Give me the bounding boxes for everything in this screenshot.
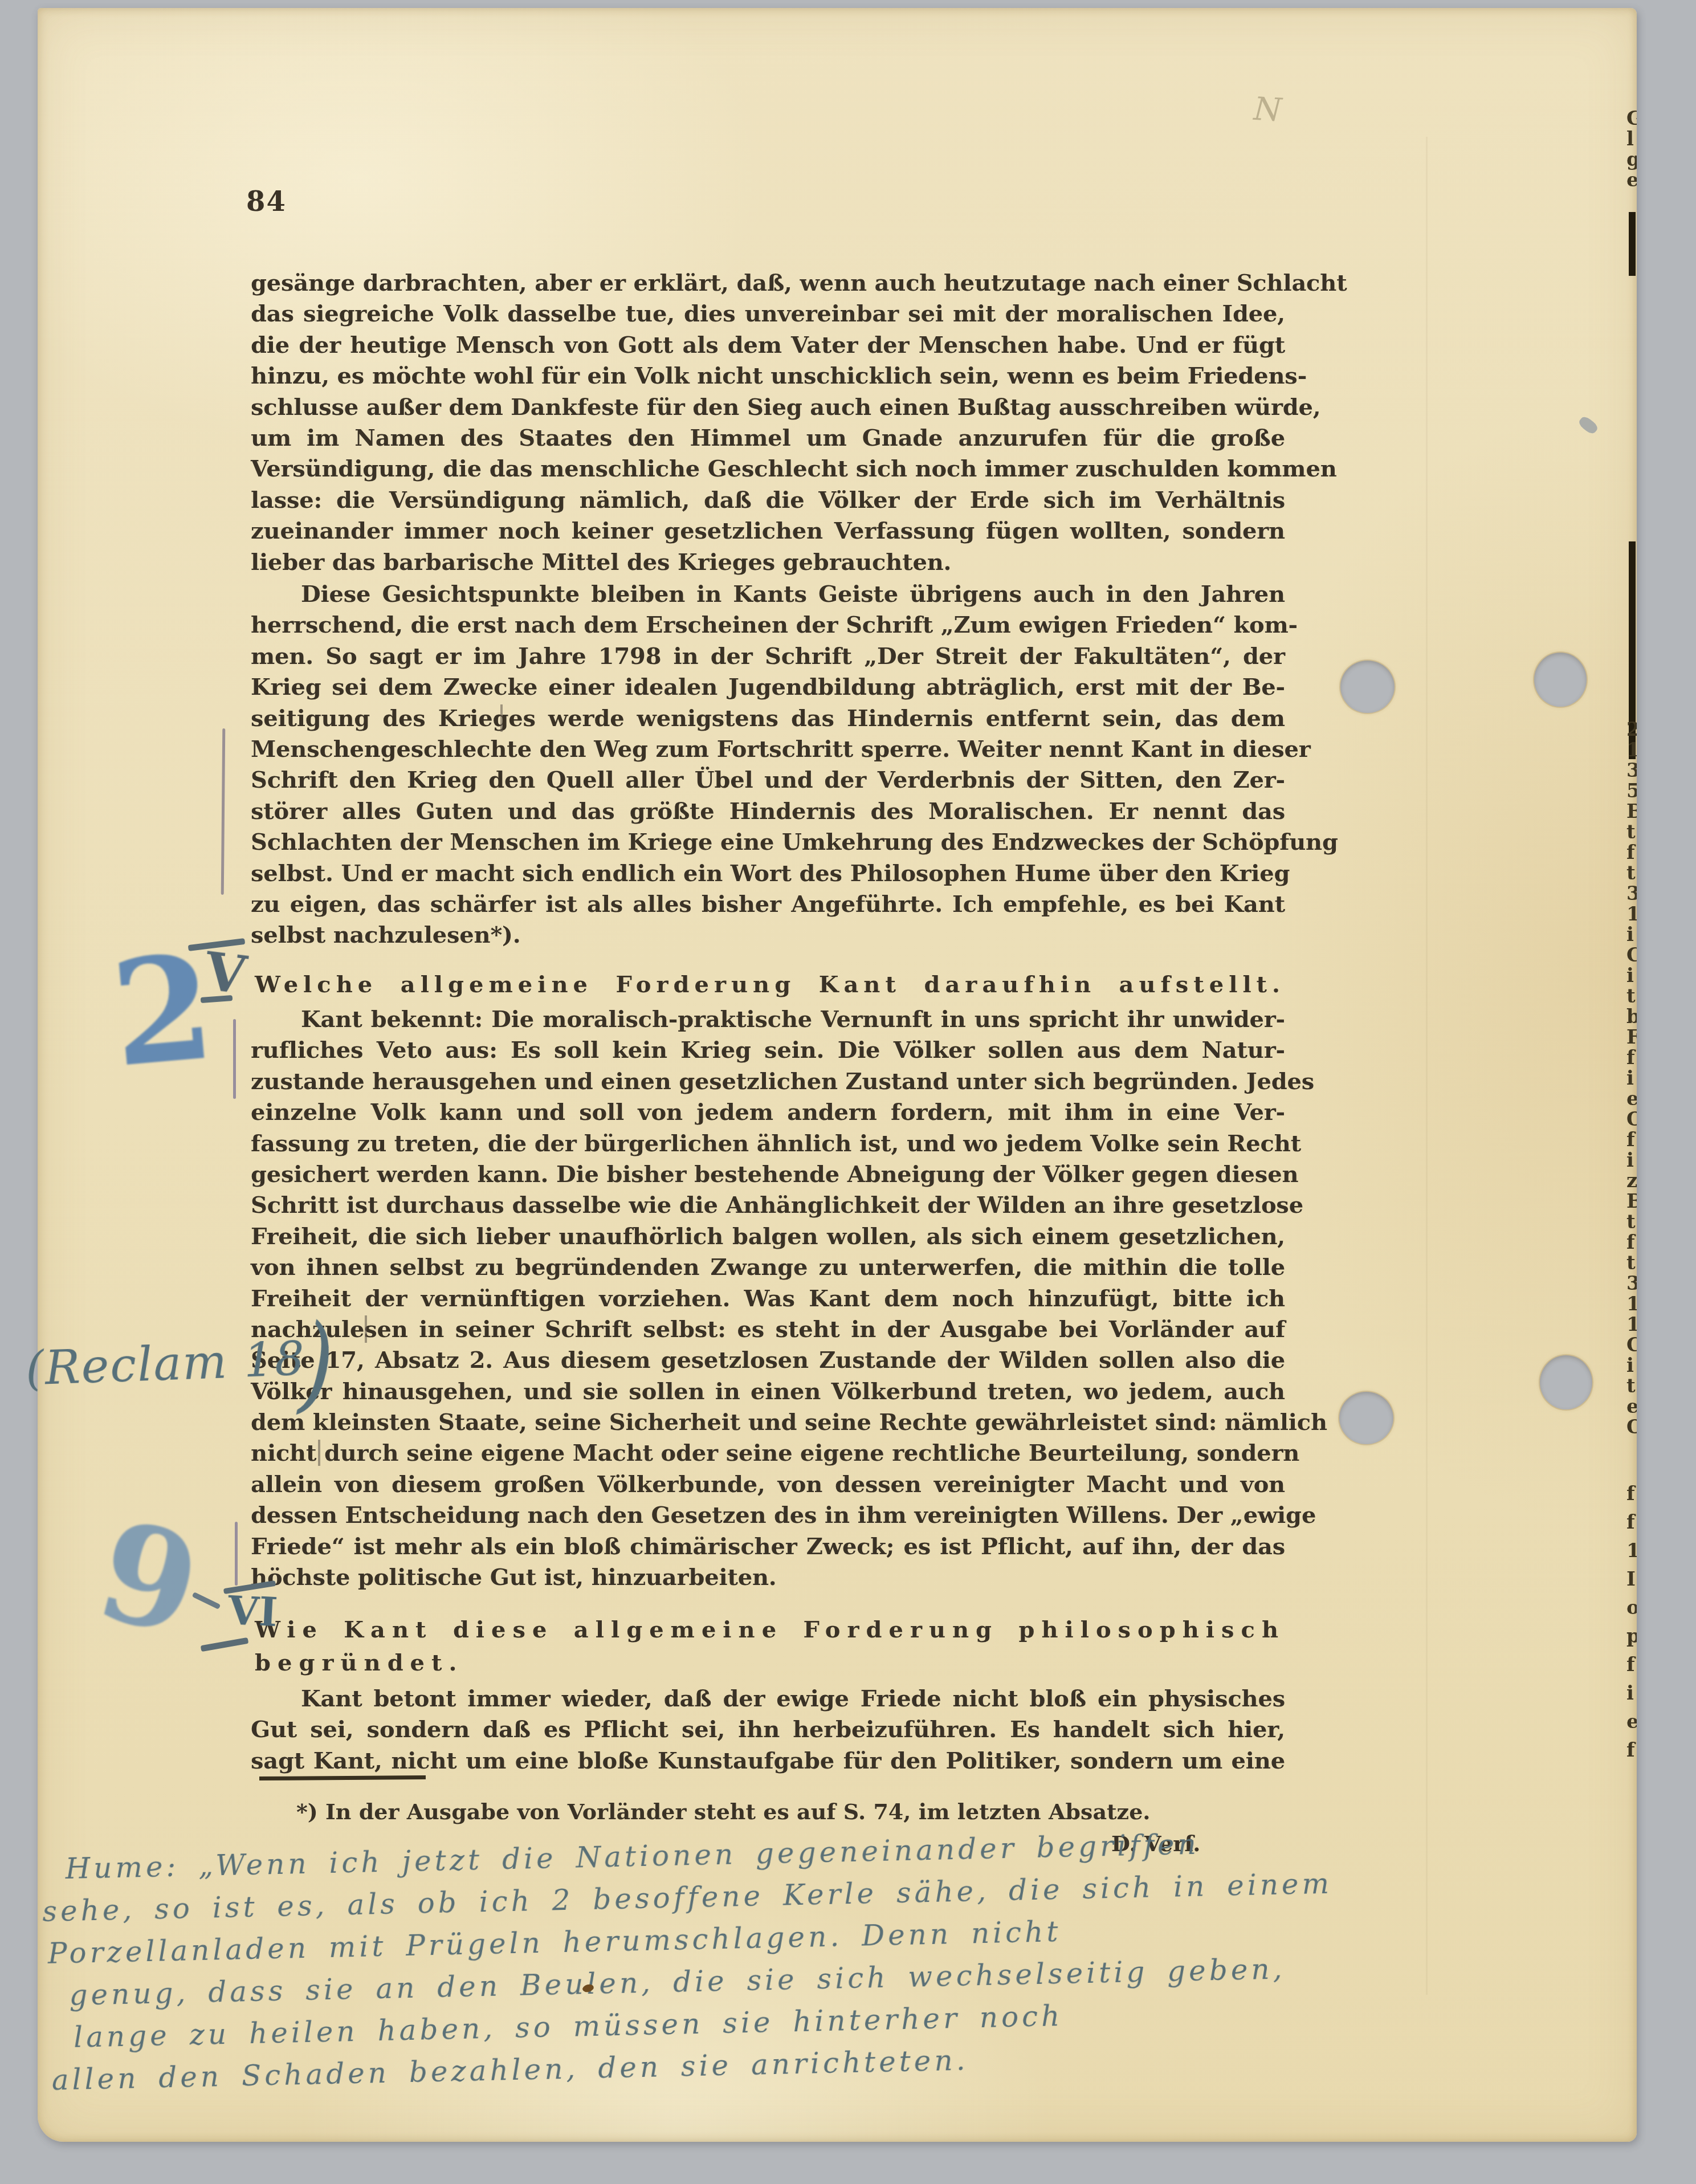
text-line: rufliches Veto aus: Es soll kein Krieg s… xyxy=(251,1035,1285,1066)
edge-text-fragment: b xyxy=(1626,1007,1637,1027)
edge-text-fragments: ff1Iopfief xyxy=(1623,1480,1637,1765)
edge-text-fragment: O xyxy=(1626,1109,1637,1130)
edge-text-fragment: 1 xyxy=(1626,1314,1637,1335)
edge-text-fragment: t xyxy=(1626,1212,1637,1232)
text-line: Freiheit, die sich lieber unaufhörlich b… xyxy=(251,1221,1285,1252)
document-scan: 84 gesänge darbrachten, aber er erklärt,… xyxy=(0,0,1696,2184)
hole-punch xyxy=(1534,653,1587,707)
edge-text-fragment: f xyxy=(1626,1130,1637,1150)
edge-text-fragment: f xyxy=(1626,1232,1637,1253)
edge-text-fragments: 2135Btft31iCitbFfieOfizBtft311CiteO xyxy=(1623,719,1637,1437)
section-heading-vi-line1: Wie Kant diese allgemeine Forderung phil… xyxy=(255,1614,1285,1646)
edge-text-fragment: 1 xyxy=(1626,904,1637,924)
text-line: das siegreiche Volk dasselbe tue, dies u… xyxy=(251,299,1285,329)
text-line: men. So sagt er im Jahre 1798 in der Sch… xyxy=(251,641,1285,672)
margin-reclam-note: (Reclam 18) xyxy=(23,1295,340,1405)
text-line: Krieg sei dem Zwecke einer idealen Jugen… xyxy=(251,672,1285,703)
text-line: seitigung des Krieges werde wenigstens d… xyxy=(251,703,1285,734)
edge-text-fragments: Glge xyxy=(1623,108,1637,190)
edge-text-fragment: e xyxy=(1626,170,1637,190)
paragraph-kant-betont: Kant betont immer wieder, daß der ewige … xyxy=(251,1684,1285,1776)
edge-text-fragment: 1 xyxy=(1626,1294,1637,1314)
arrow-stroke xyxy=(192,1592,221,1610)
edge-text-fragment: e xyxy=(1626,1708,1637,1736)
text-line: lasse: die Versündigung nämlich, daß die… xyxy=(251,485,1285,516)
edge-text-fragment: 3 xyxy=(1626,883,1637,904)
text-line: Kant bekennt: Die moralisch-praktische V… xyxy=(251,1004,1285,1035)
margin-roman-numeral-v: V xyxy=(188,939,256,1087)
edge-ink-bar xyxy=(1629,212,1636,276)
text-line: um im Namen des Staates den Himmel um Gn… xyxy=(251,423,1285,454)
hole-punch xyxy=(1540,1355,1592,1409)
hole-punch xyxy=(1340,661,1395,713)
text-line: Menschengeschlechte den Weg zum Fortschr… xyxy=(251,734,1285,765)
text-line: nicht durch seine eigene Macht oder sein… xyxy=(251,1438,1285,1469)
edge-text-fragment: i xyxy=(1626,965,1637,986)
margin-pencil-line xyxy=(235,1522,238,1586)
edge-text-fragment: t xyxy=(1626,863,1637,883)
footnote-text: *) In der Ausgabe von Vorländer steht es… xyxy=(296,1799,1265,1824)
edge-text-fragment: e xyxy=(1626,1089,1637,1109)
text-line: gesichert werden kann. Die bisher besteh… xyxy=(251,1159,1285,1190)
paragraph-kant-bekennt: Kant bekennt: Die moralisch-praktische V… xyxy=(251,1004,1285,1593)
edge-text-fragment: l xyxy=(1626,129,1637,149)
edge-text-fragment: I xyxy=(1626,1565,1637,1594)
edge-text-fragment: t xyxy=(1626,986,1637,1007)
text-line: dem kleinsten Staate, seine Sicherheit u… xyxy=(251,1407,1285,1438)
underline-stroke xyxy=(201,1637,249,1652)
edge-text-fragment: f xyxy=(1626,1480,1637,1508)
text-line: Freiheit der vernünftigen vorziehen. Was… xyxy=(251,1283,1285,1314)
text-line: allein von diesem großen Völkerbunde, vo… xyxy=(251,1469,1285,1500)
text-line: Schlachten der Menschen im Kriege eine U… xyxy=(251,827,1285,858)
text-line: Seite 17, Absatz 2. Aus diesem gesetzlos… xyxy=(251,1345,1285,1376)
text-line: dessen Entscheidung nach den Gesetzen de… xyxy=(251,1500,1285,1531)
edge-text-fragment: i xyxy=(1626,1068,1637,1089)
edge-text-fragment: C xyxy=(1626,1335,1637,1355)
paper-crease xyxy=(1426,137,1428,1995)
edge-text-fragment: C xyxy=(1626,945,1637,965)
reclam-note-text: (Reclam 18 xyxy=(25,1332,306,1396)
edge-text-fragment: O xyxy=(1626,1417,1637,1437)
edge-text-fragment: f xyxy=(1626,1508,1637,1537)
insertion-mark xyxy=(365,1315,367,1343)
text-line: lieber das barbarische Mittel des Kriege… xyxy=(251,547,1285,578)
edge-text-fragment: 1 xyxy=(1626,740,1637,760)
edge-text-fragment: i xyxy=(1626,1679,1637,1708)
margin-pencil-line xyxy=(233,1019,236,1099)
numeral-v-glyph: V xyxy=(202,945,249,1002)
section-heading-vi-line2: begründet. xyxy=(255,1647,1285,1679)
edge-text-fragment: B xyxy=(1626,801,1637,822)
insertion-mark xyxy=(318,1440,320,1466)
text-line: zu eigen, das schärfer ist als alles bis… xyxy=(251,889,1285,920)
edge-text-fragment: 2 xyxy=(1626,719,1637,740)
text-line: Völker hinausgehen, und sie sollen in ei… xyxy=(251,1376,1285,1407)
text-line: Friede“ ist mehr als ein bloß chimärisch… xyxy=(251,1531,1285,1562)
text-line: nachzulesen in seiner Schrift selbst: es… xyxy=(251,1314,1285,1345)
text-line: sagt Kant, nicht um eine bloße Kunstaufg… xyxy=(251,1746,1285,1776)
edge-text-fragment: f xyxy=(1626,1651,1637,1679)
text-line: Versündigung, die das menschliche Geschl… xyxy=(251,454,1285,484)
edge-text-fragment: 3 xyxy=(1626,1273,1637,1294)
margin-pencil-letter: N xyxy=(1253,91,1282,129)
page-number: 84 xyxy=(246,186,287,218)
numeral-vi-glyph: VI xyxy=(227,1590,279,1632)
edge-text-fragment: f xyxy=(1626,1736,1637,1765)
edge-text-fragment: f xyxy=(1626,842,1637,863)
insertion-mark xyxy=(500,704,503,732)
edge-text-fragment: 5 xyxy=(1626,781,1637,801)
edge-text-fragment: g xyxy=(1626,149,1637,170)
text-line: Diese Gesichtspunkte bleiben in Kants Ge… xyxy=(251,579,1285,610)
text-line: störer alles Guten und das größte Hinder… xyxy=(251,796,1285,827)
edge-text-fragment: i xyxy=(1626,1355,1637,1376)
handwritten-annotation: Hume: „Wenn ich jetzt die Nationen gegen… xyxy=(41,1821,1425,2104)
text-line: zustande herausgehen und einen gesetzlic… xyxy=(251,1066,1285,1097)
section-heading-v: Welche allgemeine Forderung Kant daraufh… xyxy=(255,969,1285,1001)
edge-text-fragment: z xyxy=(1626,1171,1637,1191)
text-line: zueinander immer noch keiner gesetzliche… xyxy=(251,516,1285,547)
hole-punch xyxy=(1339,1392,1393,1444)
text-line: herrschend, die erst nach dem Erscheinen… xyxy=(251,610,1285,641)
paragraph-gesichtspunkte: Diese Gesichtspunkte bleiben in Kants Ge… xyxy=(251,579,1285,951)
edge-text-fragment: 3 xyxy=(1626,760,1637,781)
edge-text-fragment: B xyxy=(1626,1191,1637,1212)
edge-text-fragment: t xyxy=(1626,1376,1637,1396)
text-line: fassung zu treten, die der bürgerlichen … xyxy=(251,1128,1285,1159)
edge-text-fragment: i xyxy=(1626,924,1637,945)
text-line: einzelne Volk kann und soll von jedem an… xyxy=(251,1097,1285,1128)
edge-text-fragment: o xyxy=(1626,1594,1637,1622)
text-line: hinzu, es möchte wohl für ein Volk nicht… xyxy=(251,361,1285,392)
text-line: die der heutige Mensch von Gott als dem … xyxy=(251,330,1285,361)
margin-roman-numeral-vi: VI xyxy=(191,1583,283,1669)
text-line: Gut sei, sondern daß es Pflicht sei, ihn… xyxy=(251,1714,1285,1745)
edge-text-fragment: 1 xyxy=(1626,1537,1637,1565)
edge-text-fragment: e xyxy=(1626,1396,1637,1417)
text-line: höchste politische Gut ist, hinzuarbeite… xyxy=(251,1562,1285,1593)
edge-text-fragment: t xyxy=(1626,1253,1637,1273)
text-line: Schrift den Krieg den Quell aller Übel u… xyxy=(251,765,1285,796)
text-line: Kant betont immer wieder, daß der ewige … xyxy=(251,1684,1285,1714)
paragraph-continued: gesänge darbrachten, aber er erklärt, da… xyxy=(251,268,1285,578)
text-line: selbst nachzulesen*). xyxy=(251,920,1285,951)
edge-text-fragment: f xyxy=(1626,1048,1637,1068)
edge-text-fragment: t xyxy=(1626,822,1637,842)
edge-text-fragment: F xyxy=(1626,1027,1637,1048)
text-line: gesänge darbrachten, aber er erklärt, da… xyxy=(251,268,1285,299)
edge-text-fragment: p xyxy=(1626,1622,1637,1651)
text-line: Schritt ist durchaus dasselbe wie die An… xyxy=(251,1190,1285,1221)
text-line: schlusse außer dem Dankfeste für den Sie… xyxy=(251,392,1285,423)
edge-text-fragment: G xyxy=(1626,108,1637,129)
edge-text-fragment: i xyxy=(1626,1150,1637,1171)
text-line: selbst. Und er macht sich endlich ein Wo… xyxy=(251,858,1285,889)
text-line: von ihnen selbst zu begründenden Zwange … xyxy=(251,1252,1285,1283)
